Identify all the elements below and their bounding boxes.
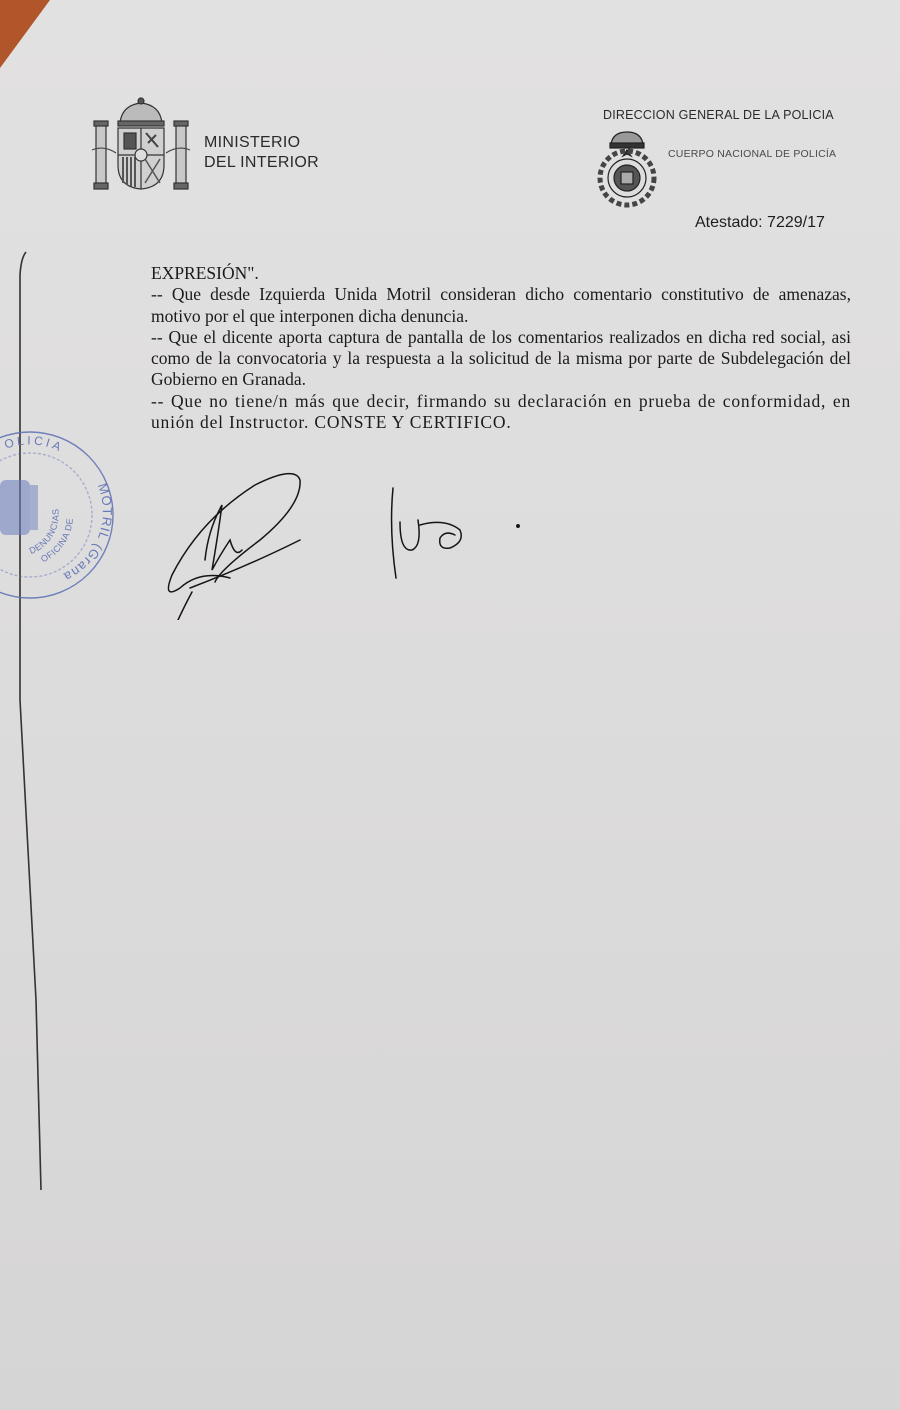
instructor-signature (168, 474, 300, 592)
police-stamp: OLICIA MOTRIL (Granada) OFICINA DE DENUN… (0, 425, 120, 605)
paragraph-captura: -- Que el dicente aporta captura de pant… (151, 327, 851, 391)
paragraph-expresion: EXPRESIÓN". (151, 263, 851, 284)
declarant-signature (392, 488, 396, 578)
signatures (160, 460, 540, 620)
corps-name: CUERPO NACIONAL DE POLICÍA (668, 148, 836, 160)
spain-coat-of-arms-icon (90, 95, 192, 195)
ministry-line-1: MINISTERIO (204, 133, 319, 153)
atestado-number: Atestado: 7229/17 (695, 214, 825, 232)
document-page: MINISTERIO DEL INTERIOR DIRECCION GENERA… (0, 0, 900, 1410)
ministry-line-2: DEL INTERIOR (204, 153, 319, 173)
paragraph-conformidad: -- Que no tiene/n más que decir, firmand… (151, 391, 851, 434)
national-police-badge-icon (597, 130, 657, 210)
margin-line (0, 0, 60, 1410)
declaration-text: EXPRESIÓN". -- Que desde Izquierda Unida… (151, 263, 851, 433)
directorate-title: DIRECCION GENERAL DE LA POLICIA (603, 108, 834, 122)
ministry-name: MINISTERIO DEL INTERIOR (204, 133, 319, 173)
paragraph-amenazas: -- Que desde Izquierda Unida Motril cons… (151, 284, 851, 327)
